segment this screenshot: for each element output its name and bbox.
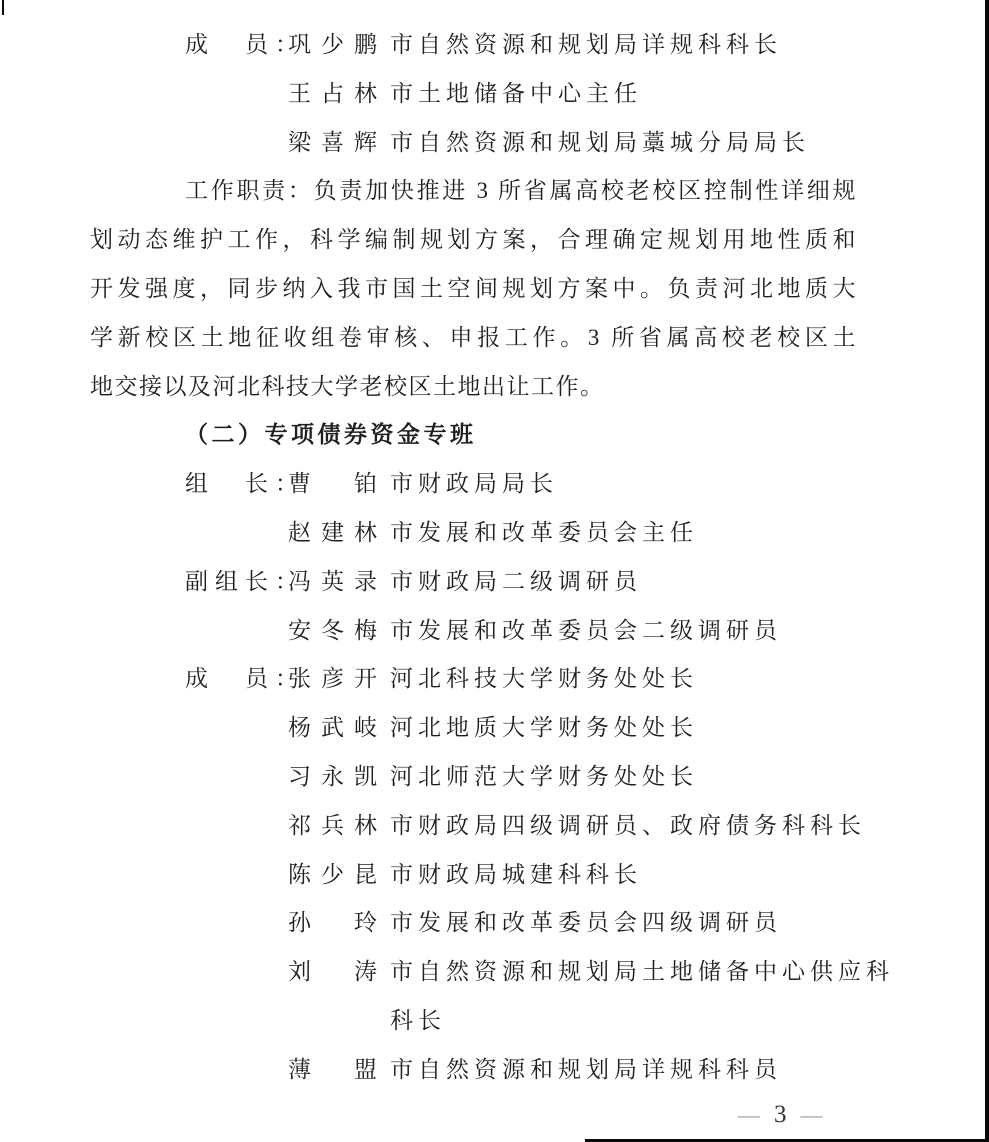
document-content: 成 员： 巩少鹏 市自然资源和规划局详规科科长 王占林 市土地储备中心主任 梁喜… [0,21,989,1095]
member-name: 习永凯 [288,753,377,802]
member-title: 河北师范大学财务处处长 [390,753,698,802]
duties-line: 划动态维护工作，科学编制规划方案，合理确定规划用地性质和 [90,216,857,265]
member-name: 张彦开 [288,655,377,704]
member-name-char: 武 [321,704,344,753]
member-name: 巩少鹏 [288,21,377,70]
member-name: 孙玲 [288,899,377,948]
member-name-char: 赵 [288,509,311,558]
roster-row: 刘涛 市自然资源和规划局土地储备中心供应科 [0,948,989,997]
member-name-char: 杨 [288,704,311,753]
member-name: 曹铂 [288,460,377,509]
roster-row: 科长 [0,997,989,1046]
member-name-char: 少 [321,21,344,70]
member-name-char: 林 [354,509,377,558]
member-title: 市自然资源和规划局藁城分局局长 [390,119,810,168]
member-name-char: 冯 [288,558,311,607]
member-name: 冯英录 [288,558,377,607]
member-name-char: 薄 [288,1046,311,1095]
roster-row: 王占林 市土地储备中心主任 [0,70,989,119]
member-name: 安冬梅 [288,607,377,656]
duties-paragraph: 工作职责：负责加快推进 3 所省属高校老校区控制性详细规划动态维护工作，科学编制… [90,167,857,411]
roster-section-bonds: 组 长： 曹铂 市财政局局长 赵建林 市发展和改革委员会主任 副组长： 冯英录 … [0,460,989,1094]
page-number: — 3 — [738,1100,823,1130]
member-name-char: 梁 [288,119,311,168]
roster-row: 成 员： 张彦开 河北科技大学财务处处长 [0,655,989,704]
member-name-char: 涛 [354,948,377,997]
member-name-char: 鹏 [354,21,377,70]
roster-row: 副组长： 冯英录 市财政局二级调研员 [0,558,989,607]
member-name-char: 盟 [354,1046,377,1095]
member-name-char: 昆 [354,851,377,900]
member-name-char: 录 [354,558,377,607]
member-name-char: 开 [354,655,377,704]
member-name-char: 孙 [288,899,311,948]
member-name-char: 玲 [354,899,377,948]
roster-row: 梁喜辉 市自然资源和规划局藁城分局局长 [0,119,989,168]
member-name-char: 林 [354,70,377,119]
roster-row: 陈少昆 市财政局城建科科长 [0,851,989,900]
member-title: 市自然资源和规划局详规科科长 [390,21,782,70]
member-name-char: 王 [288,70,311,119]
member-title: 市自然资源和规划局土地储备中心供应科 [390,948,894,997]
member-name-char: 祁 [288,802,311,851]
member-name: 祁兵林 [288,802,377,851]
role-label: 副组长： [185,558,305,607]
member-name: 陈少昆 [288,851,377,900]
member-name-char: 冬 [321,607,344,656]
member-name-char: 辉 [354,119,377,168]
roster-row: 杨武岐 河北地质大学财务处处长 [0,704,989,753]
role-label: 组 长： [185,460,305,509]
scan-edge-right [985,0,989,1142]
member-title: 河北科技大学财务处处长 [390,655,698,704]
member-title: 市财政局二级调研员 [390,558,642,607]
member-title: 市土地储备中心主任 [390,70,642,119]
member-name-char: 安 [288,607,311,656]
member-name: 薄盟 [288,1046,377,1095]
member-name-char: 梅 [354,607,377,656]
document-page: 成 员： 巩少鹏 市自然资源和规划局详规科科长 王占林 市土地储备中心主任 梁喜… [0,0,989,1142]
role-label: 成 员： [185,655,305,704]
roster-row: 赵建林 市发展和改革委员会主任 [0,509,989,558]
duties-line: 工作职责：负责加快推进 3 所省属高校老校区控制性详细规 [90,167,857,216]
scan-mark-top-left [2,0,4,15]
roster-row: 孙玲 市发展和改革委员会四级调研员 [0,899,989,948]
member-name: 赵建林 [288,509,377,558]
roster-row: 成 员： 巩少鹏 市自然资源和规划局详规科科长 [0,21,989,70]
member-name-char: 凯 [354,753,377,802]
member-name-char: 建 [321,509,344,558]
page-number-dash-right: — [801,1100,823,1130]
member-name-char: 英 [321,558,344,607]
roster-row: 安冬梅 市发展和改革委员会二级调研员 [0,607,989,656]
member-name-char: 兵 [321,802,344,851]
member-name-char: 喜 [321,119,344,168]
duties-line: 开发强度，同步纳入我市国土空间规划方案中。负责河北地质大 [90,265,857,314]
member-title: 市财政局局长 [390,460,558,509]
section-heading: （二）专项债券资金专班 [0,411,989,460]
roster-section-planning: 成 员： 巩少鹏 市自然资源和规划局详规科科长 王占林 市土地储备中心主任 梁喜… [0,21,989,167]
member-title: 市财政局四级调研员、政府债务科科长 [390,802,866,851]
duties-line: 学新校区土地征收组卷审核、申报工作。3 所省属高校老校区土 [90,314,857,363]
member-title: 市发展和改革委员会二级调研员 [390,607,782,656]
member-name-char: 彦 [321,655,344,704]
member-name-char: 张 [288,655,311,704]
member-name-char: 永 [321,753,344,802]
member-title: 市发展和改革委员会主任 [390,509,698,558]
member-name-char: 林 [354,802,377,851]
member-title: 科长 [390,997,446,1046]
member-name-char: 陈 [288,851,311,900]
member-name-char: 习 [288,753,311,802]
member-title: 市自然资源和规划局详规科科员 [390,1046,782,1095]
member-title: 市财政局城建科科长 [390,851,642,900]
member-name-char: 岐 [354,704,377,753]
member-name-char: 曹 [288,460,311,509]
page-number-dash-left: — [738,1100,760,1130]
roster-row: 薄盟 市自然资源和规划局详规科科员 [0,1046,989,1095]
member-name-char: 占 [321,70,344,119]
roster-row: 习永凯 河北师范大学财务处处长 [0,753,989,802]
member-name-char: 铂 [354,460,377,509]
member-name-char: 少 [321,851,344,900]
role-label: 成 员： [185,21,305,70]
member-name: 刘涛 [288,948,377,997]
member-title: 河北地质大学财务处处长 [390,704,698,753]
member-name: 王占林 [288,70,377,119]
member-name [288,997,377,1046]
duties-line: 地交接以及河北科技大学老校区土地出让工作。 [90,363,857,412]
member-name-char: 巩 [288,21,311,70]
member-title: 市发展和改革委员会四级调研员 [390,899,782,948]
roster-row: 祁兵林 市财政局四级调研员、政府债务科科长 [0,802,989,851]
member-name: 杨武岐 [288,704,377,753]
page-number-value: 3 [774,1100,787,1130]
member-name-char: 刘 [288,948,311,997]
roster-row: 组 长： 曹铂 市财政局局长 [0,460,989,509]
member-name: 梁喜辉 [288,119,377,168]
